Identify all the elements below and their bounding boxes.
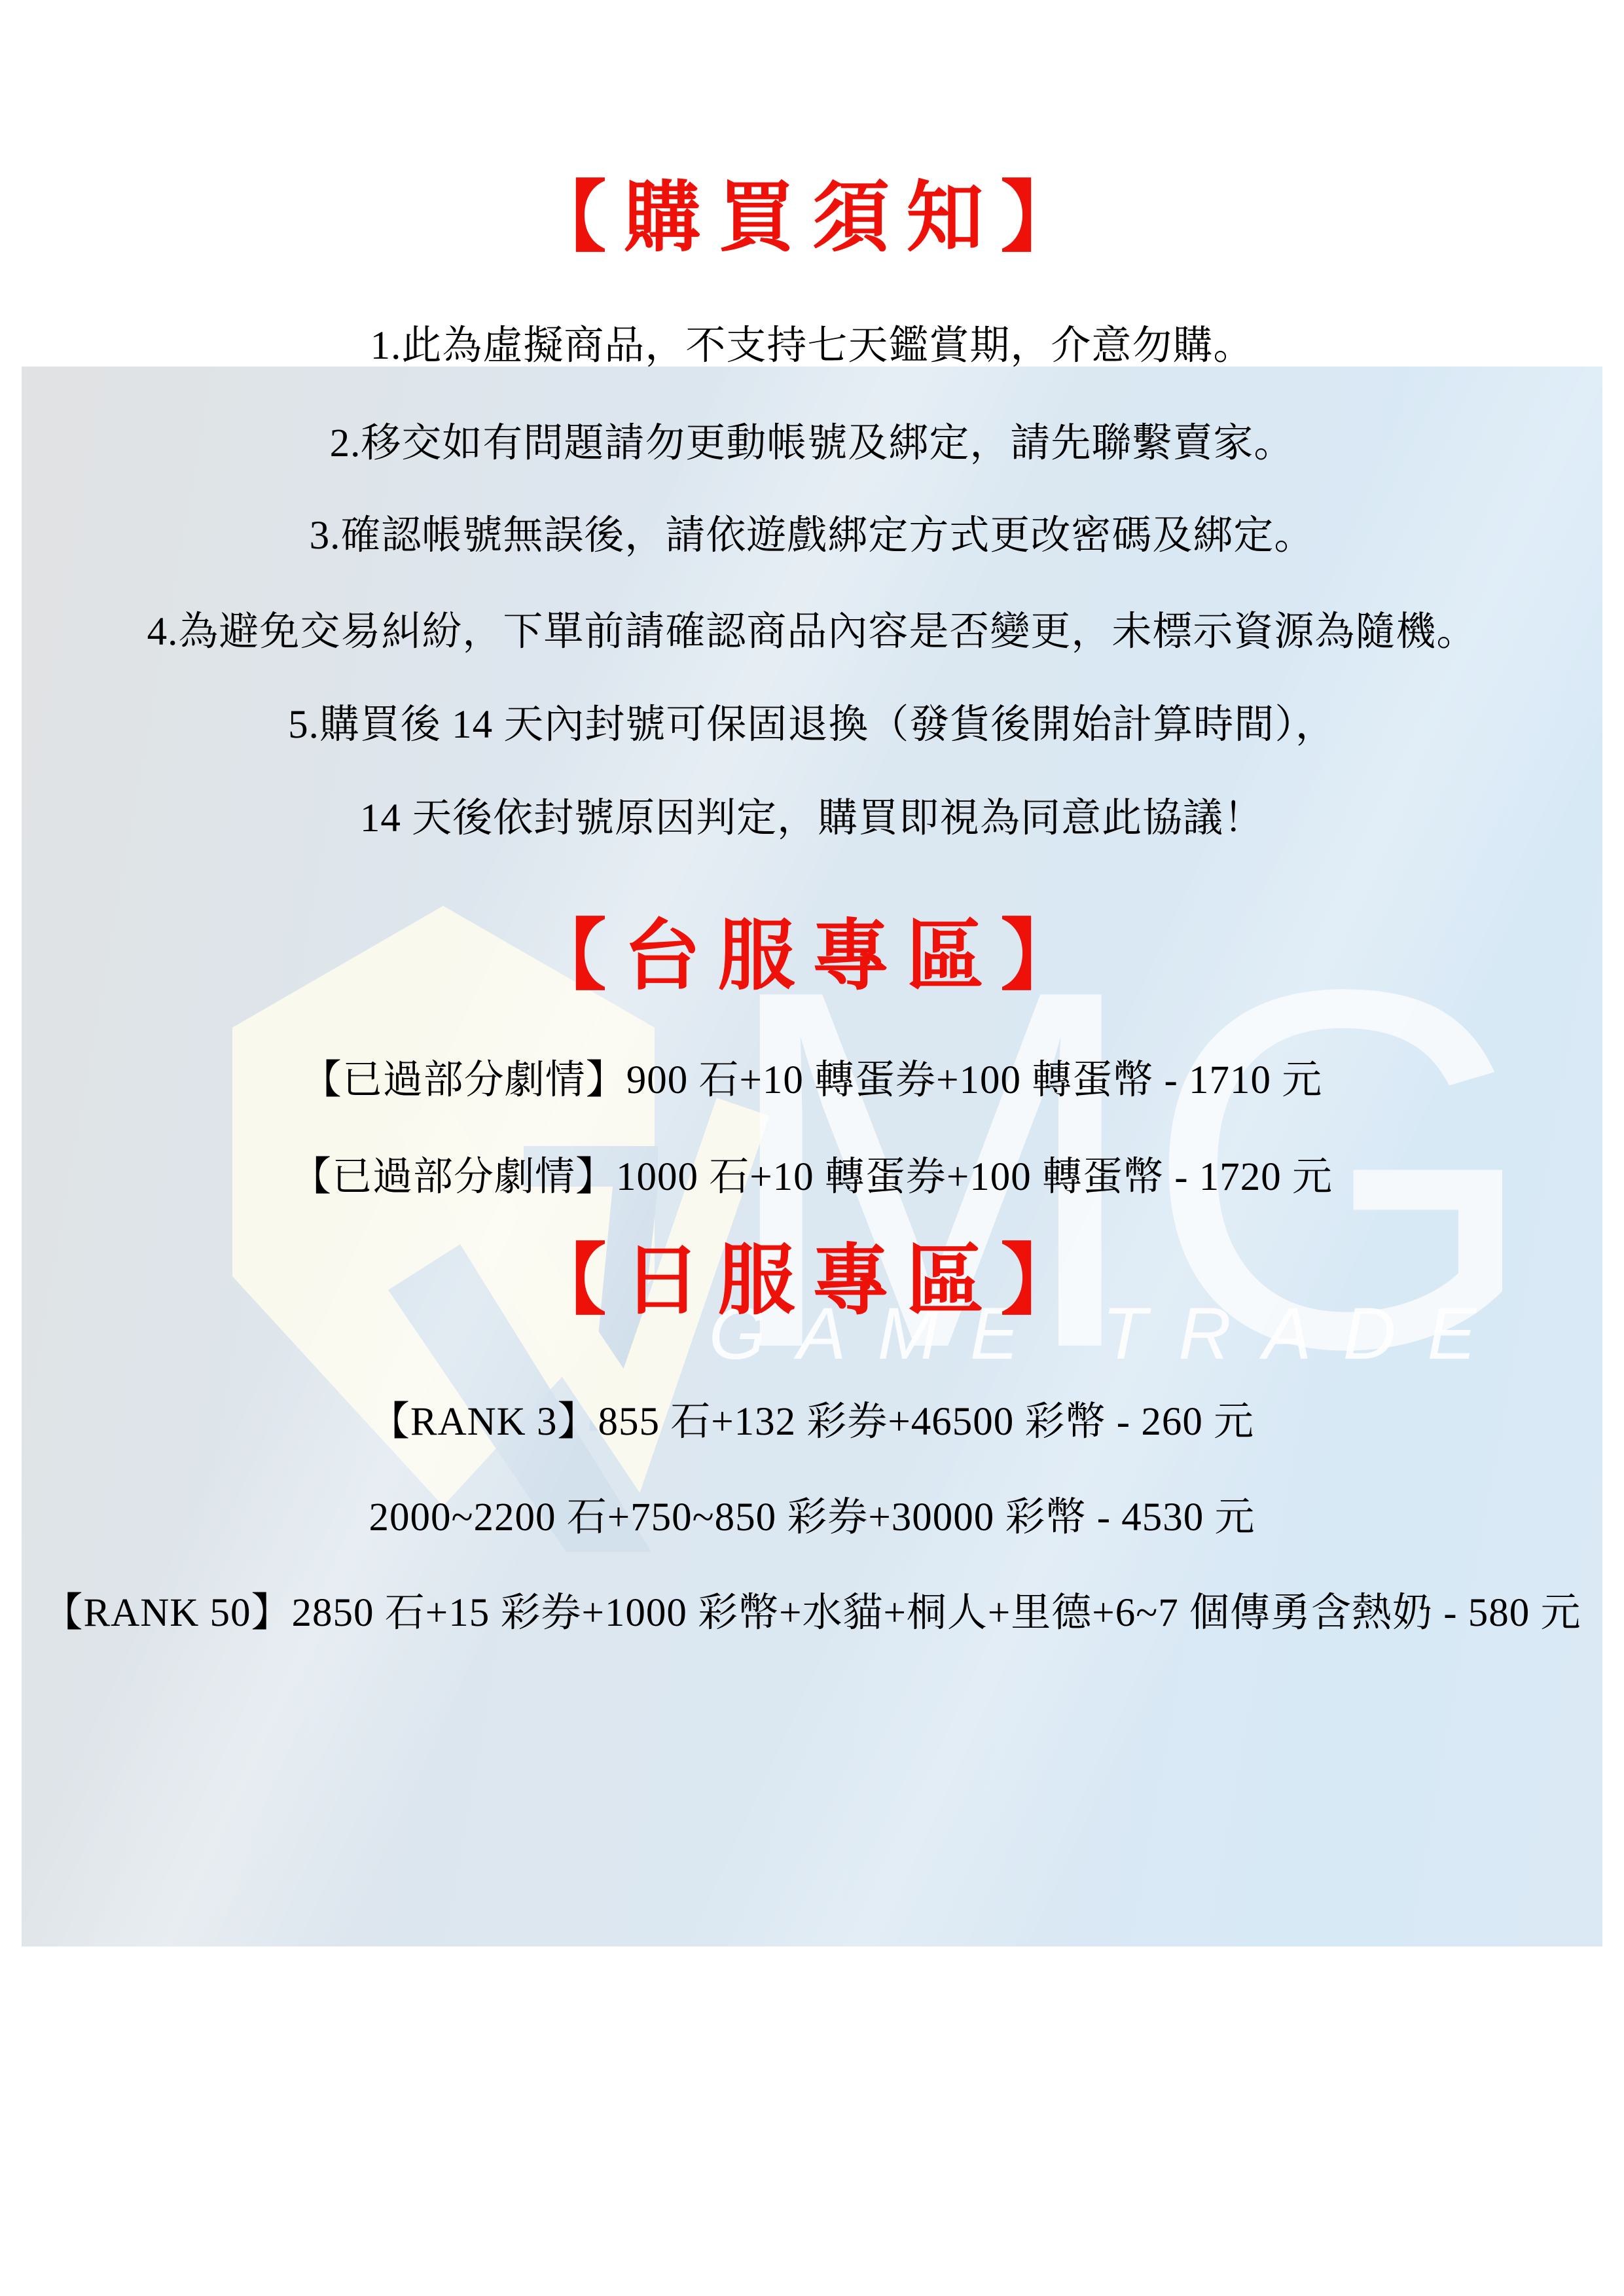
price-line-tw-2: 【已過部分劇情】1000 石+10 轉蛋券+100 轉蛋幣 - 1720 元	[0, 1157, 1624, 1197]
section-heading-jp-server: 【日服專區】	[0, 1243, 1624, 1320]
price-line-jp-2: 2000~2200 石+750~850 彩券+30000 彩幣 - 4530 元	[0, 1498, 1624, 1537]
price-line-jp-3: 【RANK 50】2850 石+15 彩券+1000 彩幣+水貓+桐人+里德+6…	[0, 1593, 1624, 1633]
notice-line-3: 3.確認帳號無誤後，請依遊戲綁定方式更改密碼及綁定。	[0, 516, 1624, 556]
price-line-jp-1: 【RANK 3】855 石+132 彩券+46500 彩幣 - 260 元	[0, 1402, 1624, 1442]
notice-line-2: 2.移交如有問題請勿更動帳號及綁定，請先聯繫賣家。	[0, 423, 1624, 463]
notice-line-4: 4.為避免交易糾紛，下單前請確認商品內容是否變更，未標示資源為隨機。	[0, 612, 1624, 652]
page-title: 【購買須知】	[0, 180, 1624, 257]
notice-page: MG GAME TRADE 【購買須知】 1.此為虛擬商品，不支持七天鑑賞期，介…	[0, 0, 1624, 2296]
section-heading-tw-server: 【台服專區】	[0, 918, 1624, 996]
price-line-tw-1: 【已過部分劇情】900 石+10 轉蛋券+100 轉蛋幣 - 1710 元	[0, 1060, 1624, 1100]
notice-line-1: 1.此為虛擬商品，不支持七天鑑賞期，介意勿購。	[0, 326, 1624, 366]
notice-line-5: 5.購買後 14 天內封號可保固退換（發貨後開始計算時間），	[0, 705, 1624, 745]
notice-line-6: 14 天後依封號原因判定，購買即視為同意此協議！	[0, 798, 1624, 838]
